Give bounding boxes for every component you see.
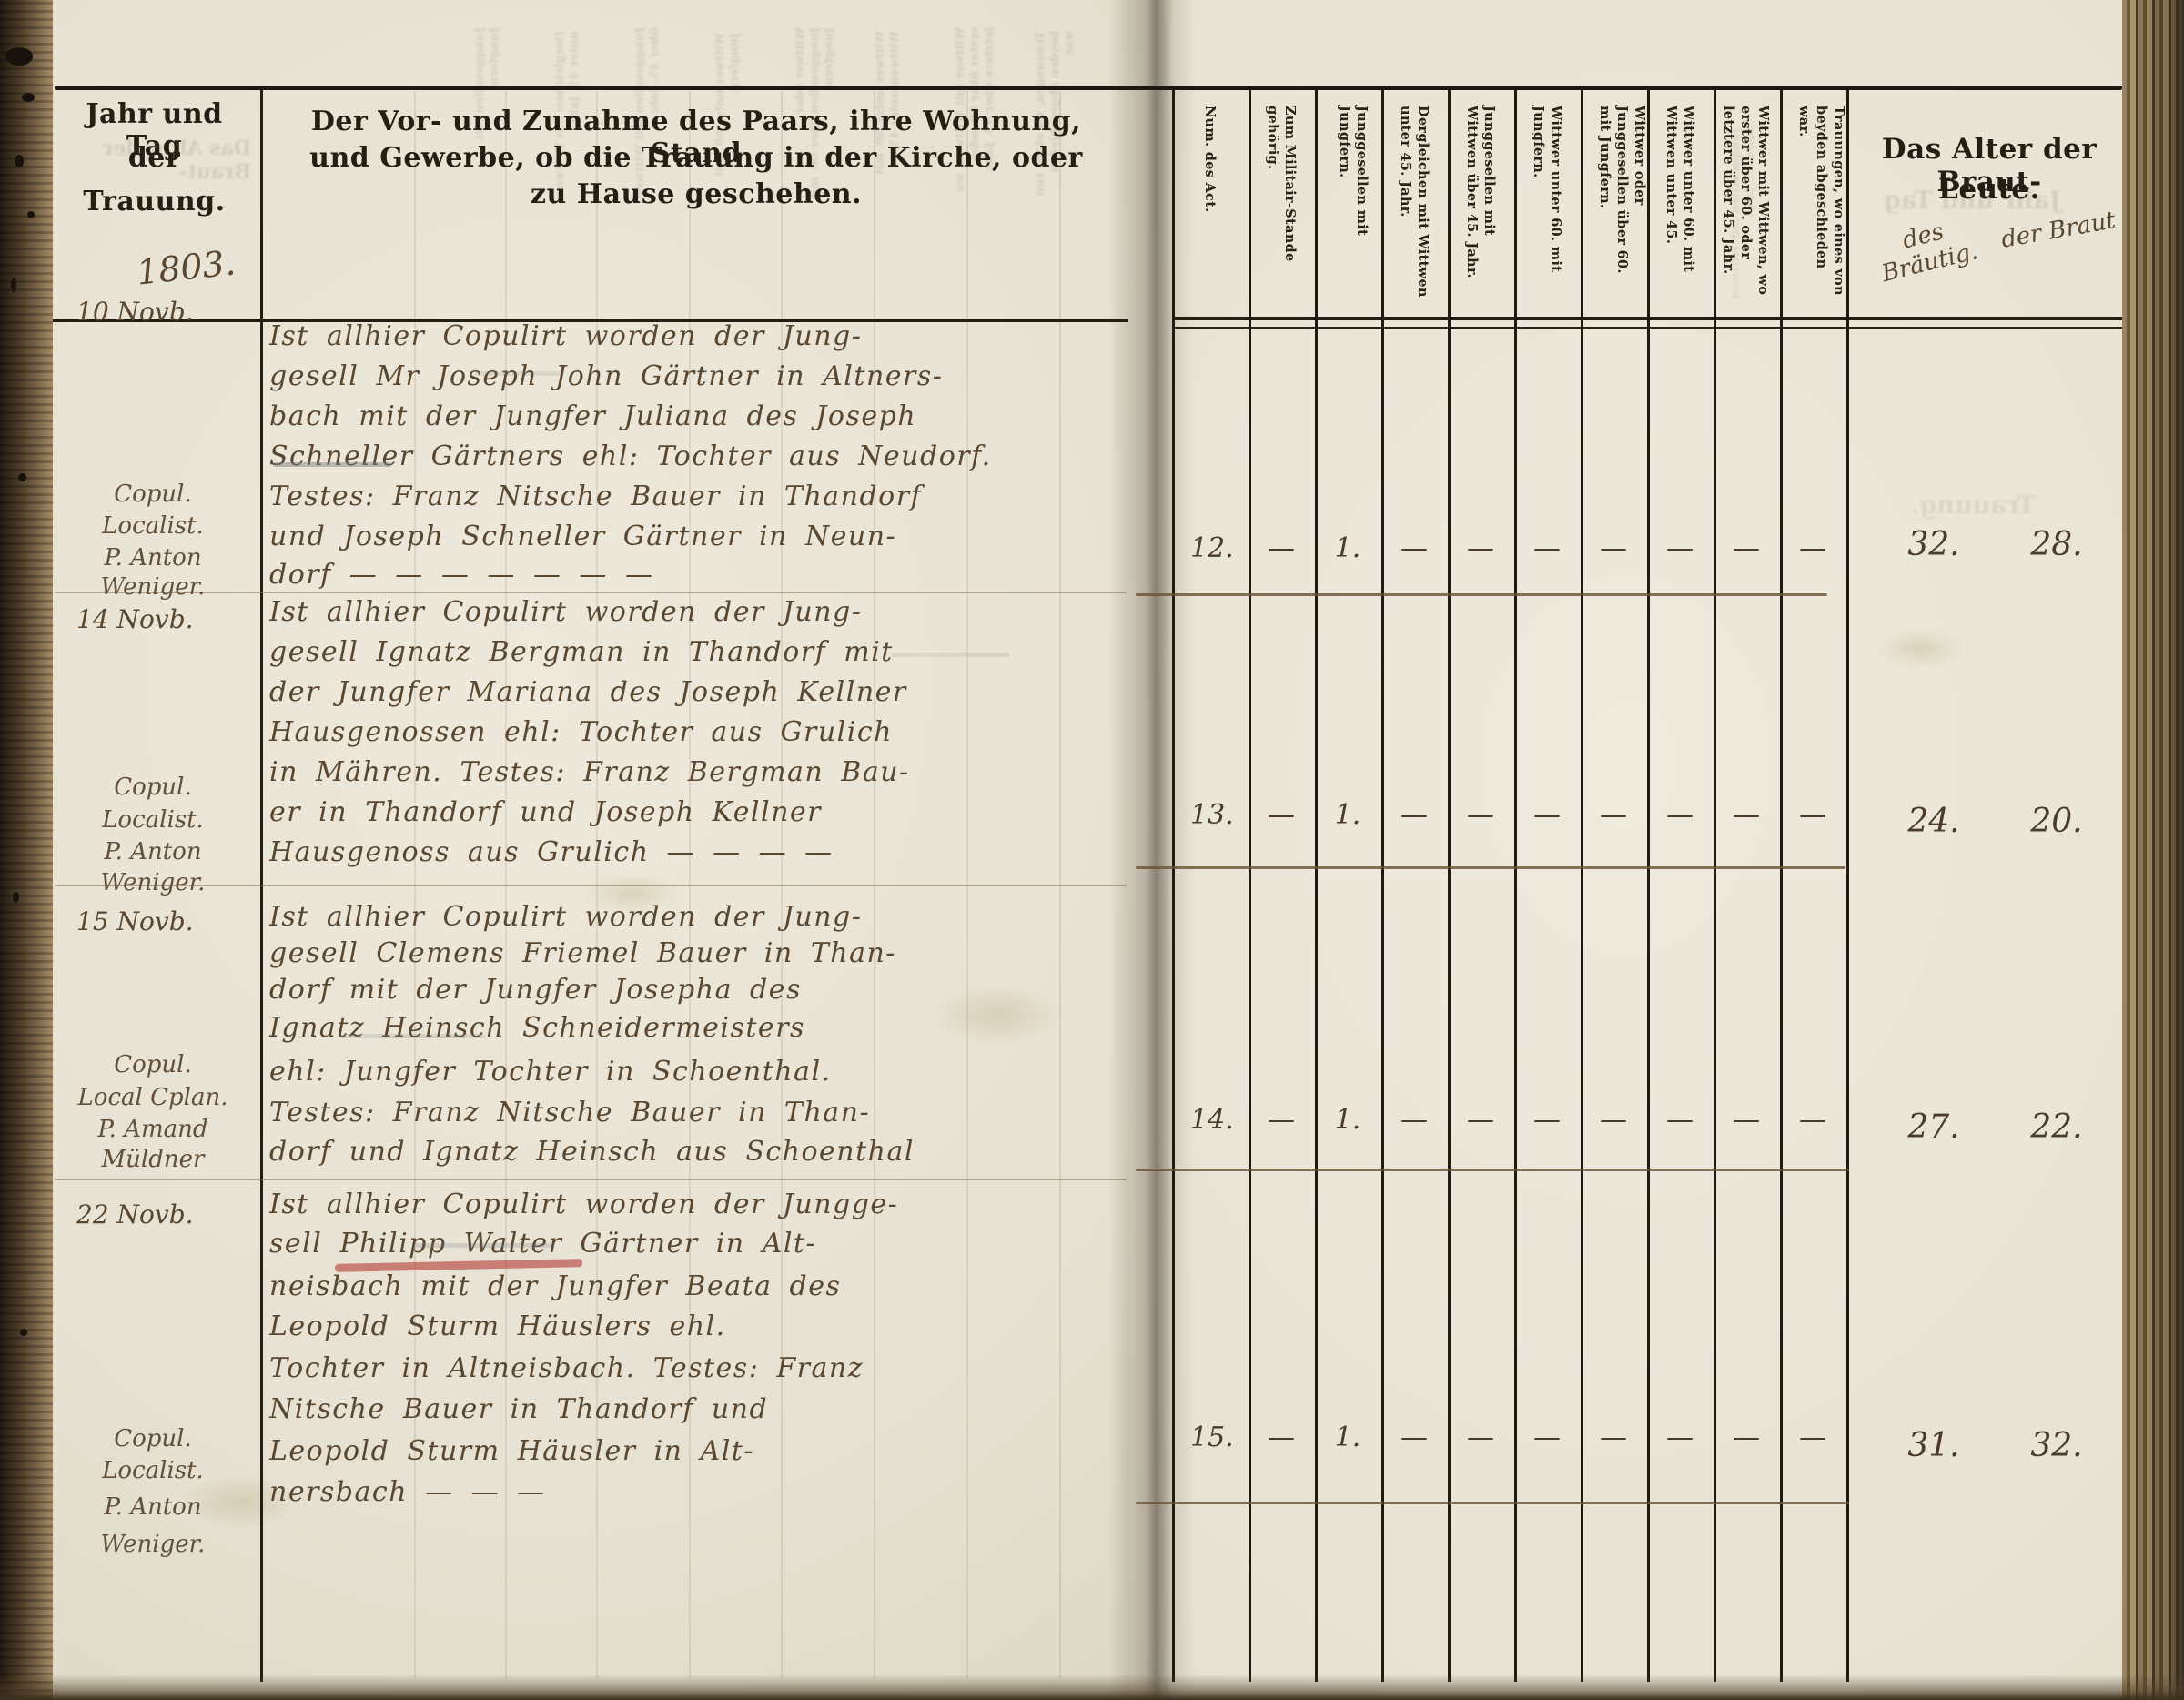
table-column-line — [1647, 90, 1650, 1682]
bride-age: 22. — [1997, 1108, 2116, 1146]
entry-body-line: der Jungfer Mariana des Joseph Kellner — [269, 676, 1130, 708]
table-cell: — — [1593, 1104, 1633, 1136]
pencil-underline — [475, 371, 561, 376]
officiant-line: Localist. — [55, 806, 251, 834]
officiant-line: Weniger. — [55, 869, 251, 896]
ink-blot — [20, 1329, 27, 1336]
table-cell: — — [1726, 1422, 1766, 1453]
entry-body-line: Ist allhier Copulirt worden der Jung- — [269, 901, 1130, 933]
main-title-line: zu Hause geschehen. — [273, 178, 1119, 210]
table-column-line — [1780, 90, 1783, 1682]
table-column-line — [1249, 90, 1251, 1682]
row-ink-rule — [1136, 866, 1845, 869]
officiant-line: Copul. — [55, 774, 251, 801]
table-cell: 13. — [1190, 799, 1230, 831]
groom-age: 32. — [1875, 526, 1993, 563]
entry-body-line: Nitsche Bauer in Thandorf und — [269, 1393, 1130, 1425]
groom-age: 24. — [1875, 803, 1993, 840]
officiant-line: P. Amand — [55, 1116, 251, 1143]
entry-body-line: und Joseph Schneller Gärtner in Neun- — [269, 521, 1130, 552]
entry-body-line: dorf und Ignatz Heinsch aus Schoenthal — [269, 1136, 1130, 1168]
officiant-line: Weniger. — [55, 1531, 251, 1558]
paper-stain — [1875, 628, 1966, 670]
entry-separator — [55, 1179, 1127, 1180]
bottom-page-edge — [0, 1675, 2184, 1700]
table-column-line — [1172, 90, 1175, 1682]
table-cell: — — [1793, 1104, 1833, 1136]
table-cell: — — [1527, 1422, 1567, 1453]
table-cell: — — [1593, 532, 1633, 564]
officiant-line: Copul. — [55, 1425, 251, 1452]
table-column-line — [1448, 90, 1451, 1682]
table-column-header: Dergleichen mit Wittwen unter 45. Jahr. — [1397, 106, 1431, 299]
table-column-header: Wittwer unter 60. mit Wittwen unter 45. — [1663, 106, 1697, 299]
table-cell: — — [1261, 532, 1301, 564]
entry-date: 10 Novb. — [76, 297, 194, 327]
pencil-underline — [273, 462, 391, 467]
pencil-underline — [892, 653, 1010, 657]
table-cell: — — [1593, 1422, 1633, 1453]
entry-body-line: Schneller Gärtners ehl: Tochter aus Neud… — [269, 440, 1130, 472]
table-cell: 12. — [1190, 532, 1230, 564]
entry-body-line: Hausgenossen ehl: Tochter aus Grulich — [269, 716, 1130, 748]
table-column-line — [1846, 90, 1849, 1682]
table-cell: — — [1394, 1104, 1434, 1136]
ink-blot — [27, 211, 35, 218]
entry-body-line: neisbach mit der Jungfer Beata des — [269, 1270, 1130, 1302]
table-column-header: Zum Militair-Stande gehörig. — [1264, 106, 1299, 299]
table-cell: — — [1461, 1422, 1501, 1453]
table-cell: — — [1660, 799, 1700, 831]
book-binding — [0, 0, 53, 1700]
table-column-line — [1714, 90, 1716, 1682]
table-column-line — [1514, 90, 1517, 1682]
officiant-line: Copul. — [55, 481, 251, 508]
table-cell: — — [1261, 1104, 1301, 1136]
officiant-line: P. Anton — [55, 838, 251, 865]
page-edge-stack — [2122, 0, 2184, 1700]
table-column-header: Wittwer mit Wittwen, wo erster über 60. … — [1720, 106, 1772, 299]
entry-date: 15 Novb. — [76, 906, 194, 936]
entry-body-line: in Mähren. Testes: Franz Bergman Bau- — [269, 756, 1130, 788]
entry-body-line: sell Philipp Walter Gärtner in Alt- — [269, 1228, 1130, 1260]
bride-age: 20. — [1997, 803, 2116, 840]
table-cell: — — [1461, 1104, 1501, 1136]
ink-blot — [5, 47, 33, 66]
table-cell: — — [1660, 532, 1700, 564]
table-cell: — — [1461, 532, 1501, 564]
table-cell: — — [1593, 799, 1633, 831]
table-cell: — — [1394, 799, 1434, 831]
ink-blot — [13, 892, 19, 903]
table-cell: — — [1527, 799, 1567, 831]
entry-body-line: Ist allhier Copulirt worden der Jung- — [269, 320, 1130, 352]
pencil-underline — [339, 1034, 485, 1038]
table-cell: — — [1660, 1422, 1700, 1453]
groom-age: 31. — [1875, 1427, 1993, 1464]
entry-body-line: Ignatz Heinsch Schneidermeisters — [269, 1012, 1130, 1044]
entry-body-line: dorf mit der Jungfer Josepha des — [269, 974, 1130, 1006]
entry-body-line: Leopold Sturm Häuslers ehl. — [269, 1310, 1130, 1342]
officiant-line: P. Anton — [55, 1493, 251, 1521]
bride-age: 28. — [1997, 526, 2116, 563]
ink-blot — [22, 93, 35, 102]
entry-body-line: gesell Mr Joseph John Gärtner in Altners… — [269, 360, 1130, 392]
ink-blot — [11, 278, 16, 292]
ages-header-line: Leute. — [1856, 173, 2122, 206]
table-cell: 1. — [1328, 799, 1368, 831]
table-cell: — — [1726, 1104, 1766, 1136]
entry-body-line: dorf — — — — — — — — [269, 559, 1130, 591]
table-cell: — — [1660, 1104, 1700, 1136]
table-cell: — — [1793, 532, 1833, 564]
pencil-underline — [414, 1243, 551, 1248]
entry-body-line: Hausgenoss aus Grulich — — — — — [269, 836, 1130, 868]
date-column-header-line: Trauung. — [56, 186, 252, 218]
table-cell: — — [1726, 532, 1766, 564]
row-ink-rule — [1136, 1169, 1849, 1171]
entry-body-line: Ist allhier Copulirt worden der Jungge- — [269, 1189, 1130, 1220]
table-cell: — — [1793, 799, 1833, 831]
table-column-header: Wittwer oder Junggesellen über 60. mit J… — [1596, 106, 1648, 299]
officiant-line: Localist. — [55, 1457, 251, 1484]
officiant-line: P. Anton — [55, 544, 251, 572]
table-column-header: Junggesellen mit Wittwen über 45. Jahr. — [1463, 106, 1498, 299]
entry-body-line: nersbach — — — — [269, 1476, 1130, 1508]
table-column-line — [1381, 90, 1384, 1682]
table-cell: — — [1726, 799, 1766, 831]
top-border-rule — [55, 86, 2122, 90]
table-cell: 1. — [1328, 1104, 1368, 1136]
row-ink-rule — [1136, 593, 1827, 596]
entry-body-line: ehl: Jungfer Tochter in Schoenthal. — [269, 1056, 1130, 1088]
main-title-line: und Gewerbe, ob die Trauung in der Kirch… — [273, 142, 1119, 174]
table-cell: — — [1527, 1104, 1567, 1136]
entry-date: 14 Novb. — [76, 604, 194, 634]
table-cell: — — [1527, 532, 1567, 564]
groom-age: 27. — [1875, 1108, 1993, 1146]
entry-body-line: Tochter in Altneisbach. Testes: Franz — [269, 1352, 1130, 1384]
ink-blot — [15, 155, 24, 167]
row-ink-rule — [1136, 1502, 1849, 1504]
officiant-line: Müldner — [55, 1146, 251, 1173]
table-cell: — — [1394, 532, 1434, 564]
entry-body-line: Leopold Sturm Häusler in Alt- — [269, 1435, 1130, 1467]
entry-body-line: bach mit der Jungfer Juliana des Joseph — [269, 400, 1130, 432]
table-cell: 14. — [1190, 1104, 1230, 1136]
table-cell: — — [1461, 799, 1501, 831]
table-column-header: Trauungen, wo eines von beyden abgeschie… — [1795, 106, 1847, 299]
bleed-through-text: Trauung. — [1911, 491, 2036, 520]
date-column-header-line: der — [56, 142, 252, 174]
table-cell: — — [1261, 1422, 1301, 1453]
table-cell: — — [1261, 799, 1301, 831]
entry-body-line: gesell Clemens Friemel Bauer in Than- — [269, 937, 1130, 969]
entry-body-line: Testes: Franz Nitsche Bauer in Thandorf — [269, 481, 1130, 512]
table-column-header: Wittwer unter 60. mit Jungfern. — [1530, 106, 1564, 299]
register-scan: Junggesellen mit Jungfern. Dergleichen m… — [0, 0, 2184, 1700]
table-cell: 1. — [1328, 532, 1368, 564]
table-cell: — — [1394, 1422, 1434, 1453]
officiant-line: Localist. — [55, 512, 251, 540]
ink-blot — [18, 473, 26, 481]
table-column-header: Num. des Act. — [1201, 106, 1218, 299]
bride-age: 32. — [1997, 1427, 2116, 1464]
table-column-line — [1581, 90, 1583, 1682]
entry-body-line: Ist allhier Copulirt worden der Jung- — [269, 596, 1130, 628]
officiant-line: Local Cplan. — [55, 1084, 251, 1111]
entry-body-line: er in Thandorf und Joseph Kellner — [269, 796, 1130, 828]
table-column-line — [1315, 90, 1318, 1682]
table-cell: 1. — [1328, 1422, 1368, 1453]
table-cell: 15. — [1190, 1422, 1230, 1453]
entry-date: 22 Novb. — [76, 1199, 194, 1229]
officiant-line: Copul. — [55, 1051, 251, 1078]
table-cell: — — [1793, 1422, 1833, 1453]
entry-body-line: Testes: Franz Nitsche Bauer in Than- — [269, 1097, 1130, 1128]
officiant-line: Weniger. — [55, 573, 251, 601]
table-column-header: Junggesellen mit Jungfern. — [1336, 106, 1370, 299]
